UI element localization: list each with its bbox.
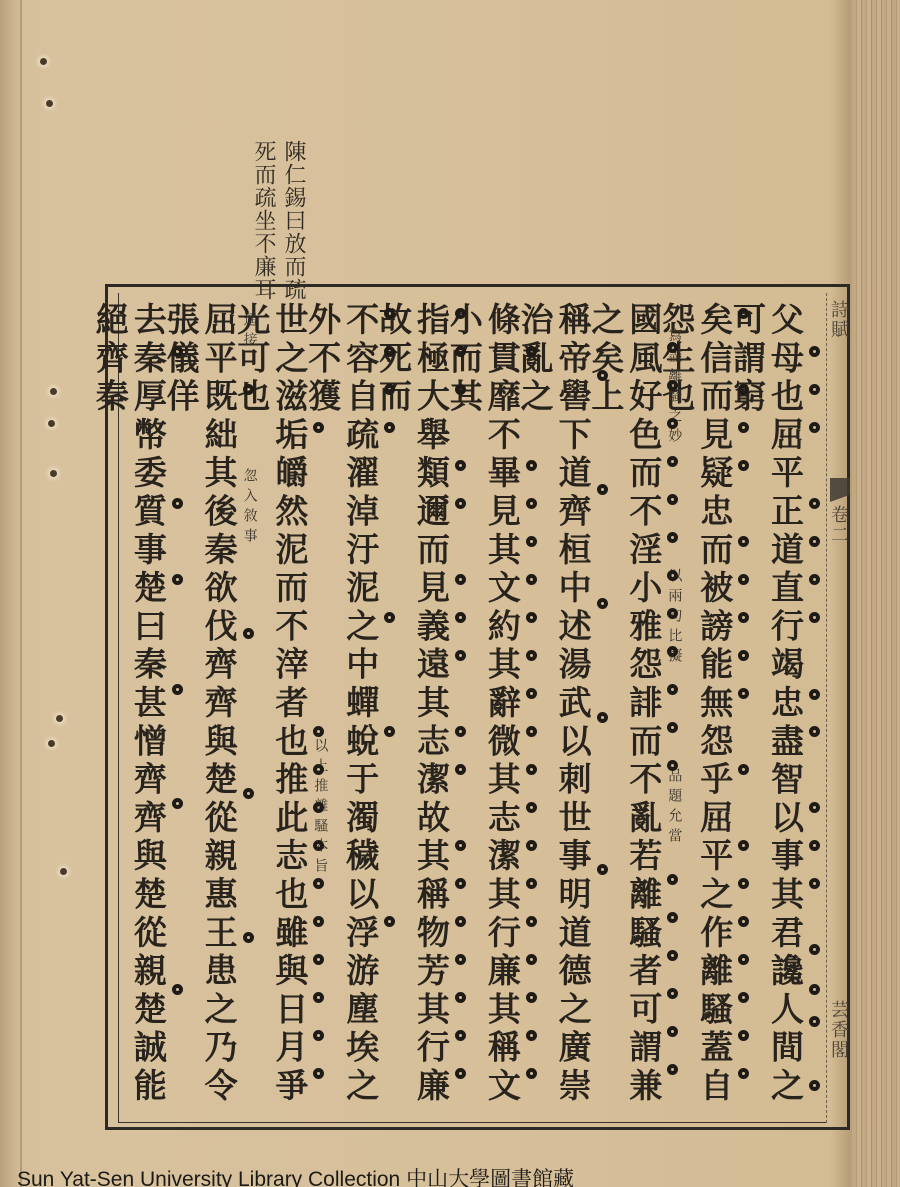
text-column-10: 去秦厚幣委質事楚曰秦甚憎齊齊與楚從親楚誠能絕齊秦 <box>118 298 189 1118</box>
binding-hole <box>60 868 67 875</box>
side-note-line-1: 陳仁錫曰放而疏 <box>280 140 306 301</box>
text-column-3: 國風好色而不淫小雅怨誹而不亂若離騷者可謂兼之矣上 寫盡離騷之妙 以兩句比擬 品題… <box>614 298 685 1118</box>
text-column-8: 世之滋垢皭然泥而不滓者也推此志也雖與日月爭光可也 以上推離騷本旨 <box>260 298 331 1118</box>
block-margin <box>826 293 851 1123</box>
side-note-line-2: 死而疏坐不廉耳 <box>250 140 276 301</box>
emphasis-marks <box>452 304 466 1114</box>
margin-title: 詩賦 <box>828 300 848 340</box>
page-edges <box>852 0 900 1187</box>
emphasis-marks <box>169 304 183 1114</box>
emphasis-marks <box>240 304 254 1114</box>
text-column-2: 矣信而見疑忠而被謗能無怨乎屈平之作離騷蓋自怨生也 <box>684 298 755 1118</box>
library-credit: Sun Yat-Sen University Library Collectio… <box>17 1163 574 1187</box>
text-column-6: 指極大舉類邇而見義遠其志潔故其稱物芳其行廉故死而 <box>401 298 472 1118</box>
emphasis-marks <box>735 304 749 1114</box>
book-gutter <box>20 0 22 1187</box>
emphasis-marks <box>310 304 324 1114</box>
emphasis-marks <box>664 304 678 1114</box>
text-column-7: 不容自疏濯淖汙泥之中蟬蛻于濁穢以浮游塵埃之外不獲 <box>330 298 401 1118</box>
emphasis-marks <box>381 304 395 1114</box>
emphasis-marks <box>523 304 537 1114</box>
binding-hole <box>50 470 57 477</box>
binding-hole <box>48 740 55 747</box>
text-column-1: 父母也屈平正道直行竭忠盡智以事其君讒人間之可謂窮 <box>755 298 826 1118</box>
binding-hole <box>46 100 53 107</box>
text-column-9: 屈平既絀其後秦欲伐齊齊與楚從親惠王患之乃令張儀佯 遥接 忽入敘事 <box>189 298 260 1118</box>
text-column-4: 稱帝嚳下道齊桓中述湯武以刺世事明道德之廣崇治亂之 <box>543 298 614 1118</box>
binding-hole <box>56 715 63 722</box>
binding-hole <box>40 58 47 65</box>
margin-imprint: 芸香閣 <box>828 1000 848 1060</box>
column-text: 去秦厚幣委質事楚曰秦甚憎齊齊與楚從親楚誠能絕齊秦 <box>91 302 167 1118</box>
emphasis-marks <box>594 304 608 1114</box>
text-columns: 父母也屈平正道直行竭忠盡智以事其君讒人間之可謂窮 矣信而見疑忠而被謗能無怨乎屈平… <box>118 298 826 1118</box>
margin-volume: 卷二 <box>828 505 848 545</box>
text-column-5: 條貫靡不畢見其文約其辭微其志潔其行廉其稱文小而其 <box>472 298 543 1118</box>
binding-hole <box>50 388 57 395</box>
emphasis-marks <box>806 304 820 1114</box>
binding-hole <box>48 420 55 427</box>
